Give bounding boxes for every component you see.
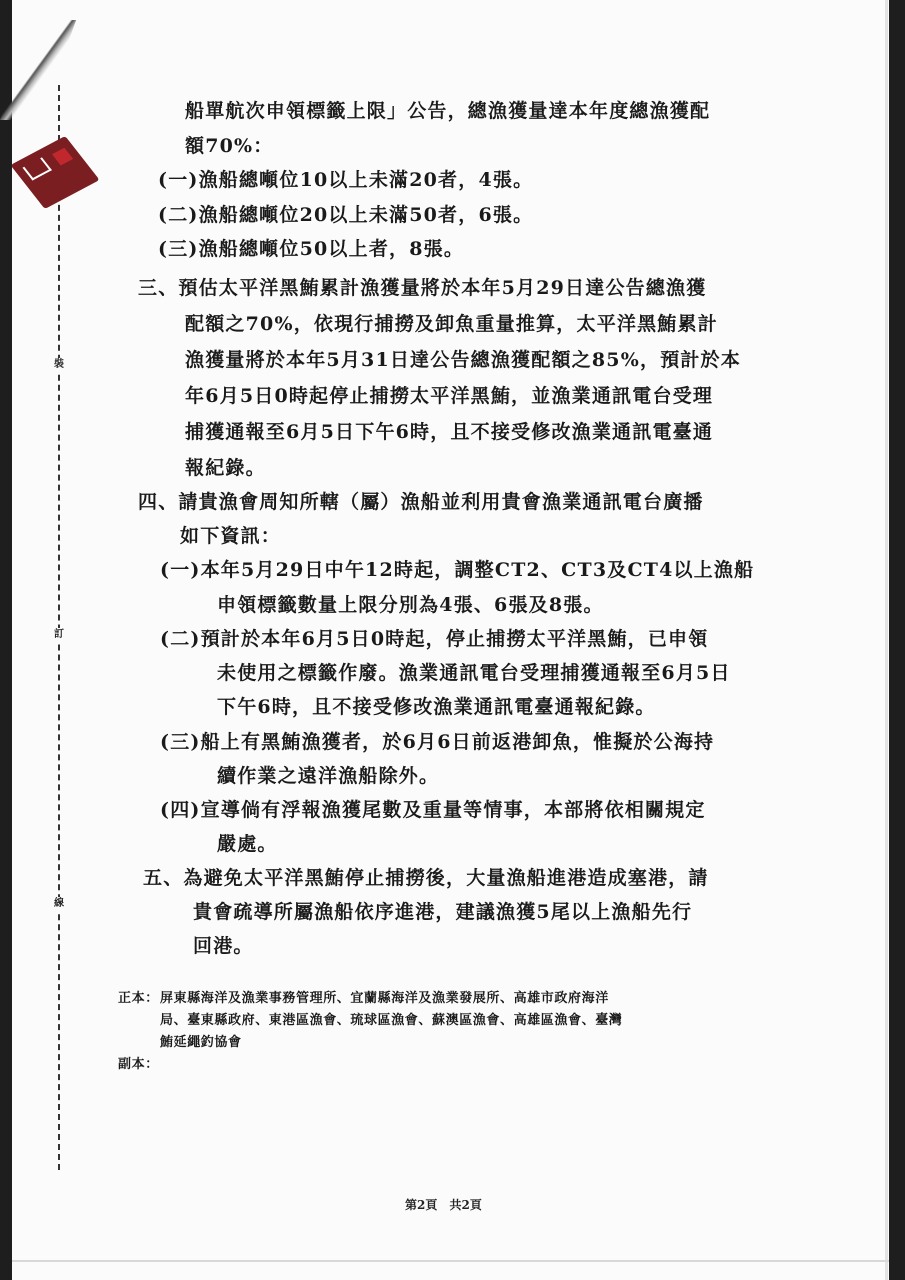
section-4-item-4-line-1: (四)宣導倘有浮報漁獲尾數及重量等情事，本部將依相關規定 <box>160 792 706 828</box>
original-recipients-line-2: 局、臺東縣政府、東港區漁會、琉球區漁會、蘇澳區漁會、高雄區漁會、臺灣 <box>160 1010 622 1032</box>
section-4-item-3-line-1: (三)船上有黑鮪漁獲者，於6月6日前返港卸魚，惟擬於公海持 <box>160 724 714 760</box>
copy-recipients-label: 副本： <box>118 1054 159 1076</box>
section-3-line-1: 三、預估太平洋黑鮪累計漁獲量將於本年5月29日達公告總漁獲 <box>138 270 706 306</box>
page-number: 第2頁 共2頁 <box>405 1196 482 1213</box>
section-4-item-2-line-3: 下午6時，且不接受修改漁業通訊電臺通報紀錄。 <box>217 689 656 725</box>
original-recipients-line-3: 鮪延繩釣協會 <box>160 1032 242 1054</box>
page-edge <box>885 0 888 1280</box>
section-4-item-1-line-2: 申領標籤數量上限分別為4張、6張及8張。 <box>217 587 604 623</box>
section-4-line-2: 如下資訊： <box>180 518 281 554</box>
section-5-line-2: 貴會疏導所屬漁船依序進港，建議漁獲5尾以上漁船先行 <box>193 894 692 930</box>
section-4-item-3-line-2: 續作業之遠洋漁船除外。 <box>217 758 439 794</box>
binding-mark-zhuang: 裝 <box>52 358 66 372</box>
page-current: 第2頁 <box>405 1198 437 1212</box>
page-edge-bottom <box>12 1260 889 1262</box>
section-4-item-4-line-2: 嚴處。 <box>217 826 278 862</box>
original-recipients-label: 正本： <box>118 988 159 1010</box>
binding-mark-xian: 線 <box>52 897 66 911</box>
continuation-line-2: 額70%： <box>185 128 274 164</box>
section-5-line-1: 五、為避免太平洋黑鮪停止捕撈後，大量漁船進港造成塞港，請 <box>143 860 709 896</box>
original-recipients-line-1: 屏東縣海洋及漁業事務管理所、宜蘭縣海洋及漁業發展所、高雄市政府海洋 <box>160 988 609 1010</box>
section-4-item-2-line-2: 未使用之標籤作廢。漁業通訊電台受理捕獲通報至6月5日 <box>217 655 731 691</box>
section-4-item-2-line-1: (二)預計於本年6月5日0時起，停止捕撈太平洋黑鮪，已申領 <box>160 621 708 657</box>
section-3-line-5: 捕獲通報至6月5日下午6時，且不接受修改漁業通訊電臺通 <box>185 414 713 450</box>
quota-item-1: (一)漁船總噸位10以上未滿20者，4張。 <box>158 162 533 198</box>
section-5-line-3: 回港。 <box>193 928 254 964</box>
section-4-line-1: 四、請貴漁會周知所轄（屬）漁船並利用貴會漁業通訊電台廣播 <box>138 484 704 520</box>
section-4-item-1-line-1: (一)本年5月29日中午12時起，調整CT2、CT3及CT4以上漁船 <box>160 552 754 588</box>
section-3-line-2: 配額之70%，依現行捕撈及卸魚重量推算，太平洋黑鮪累計 <box>185 306 718 342</box>
continuation-line-1: 船單航次申領標籤上限」公告，總漁獲量達本年度總漁獲配 <box>185 93 710 129</box>
quota-item-3: (三)漁船總噸位50以上者，8張。 <box>158 231 464 267</box>
section-3-line-4: 年6月5日0時起停止捕撈太平洋黑鮪，並漁業通訊電台受理 <box>185 378 713 414</box>
page-total: 共2頁 <box>450 1198 482 1212</box>
section-3-line-6: 報紀錄。 <box>185 450 266 486</box>
binding-mark-ding: 訂 <box>52 628 66 642</box>
section-3-line-3: 漁獲量將於本年5月31日達公告總漁獲配額之85%，預計於本 <box>185 342 741 378</box>
quota-item-2: (二)漁船總噸位20以上未滿50者，6張。 <box>158 197 533 233</box>
